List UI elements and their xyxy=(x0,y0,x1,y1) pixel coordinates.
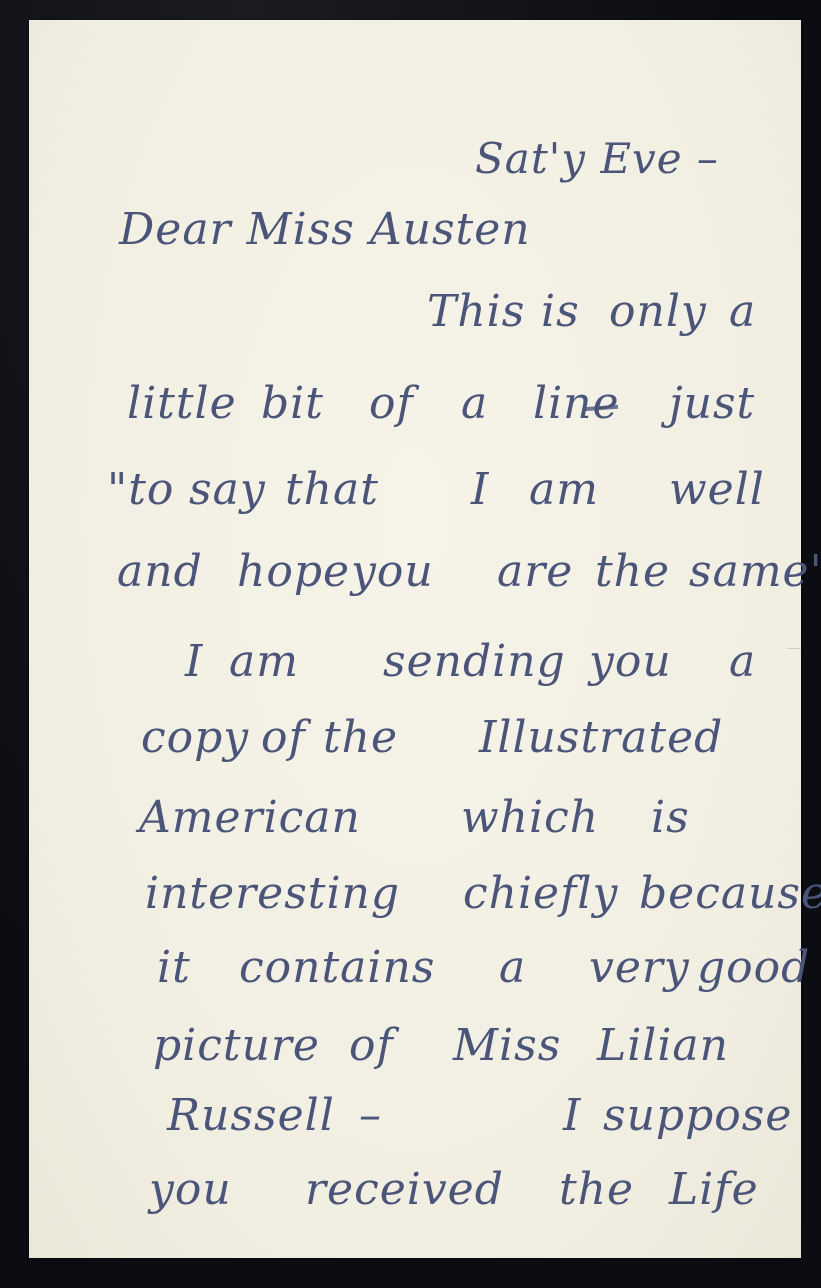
salutation-text: Dear Miss Austen xyxy=(119,204,531,255)
date-line: Sat'y Eve – xyxy=(475,138,719,180)
word: sending xyxy=(383,640,566,684)
body-line-7: American which is xyxy=(29,796,801,856)
word: because xyxy=(639,872,821,916)
word: well xyxy=(669,468,765,512)
word: the xyxy=(323,716,398,760)
word: bit xyxy=(261,382,324,426)
word: good xyxy=(697,946,810,990)
word: is xyxy=(541,290,580,334)
word: – xyxy=(359,1094,382,1138)
body-line-12: you received the Life xyxy=(29,1168,801,1228)
word: am xyxy=(229,640,299,684)
word: it xyxy=(157,946,191,990)
word: chiefly xyxy=(463,872,618,916)
word: interesting xyxy=(145,872,400,916)
word: of xyxy=(369,382,414,426)
word: you xyxy=(351,550,434,594)
body-line-4: and hope you are the same" xyxy=(29,550,801,610)
word: the xyxy=(559,1168,634,1212)
word: Illustrated xyxy=(479,716,723,760)
word: the xyxy=(595,550,670,594)
body-line-11: Russell – I suppose xyxy=(29,1094,801,1154)
word: am xyxy=(529,468,599,512)
letter-page: Sat'y Eve – Dear Miss Austen This is onl… xyxy=(29,20,801,1258)
word: Russell xyxy=(167,1094,335,1138)
body-line-9: it contains a very good xyxy=(29,946,801,1006)
word: I xyxy=(185,640,203,684)
word: Miss xyxy=(453,1024,561,1068)
word-line-corrected: line xyxy=(533,382,620,426)
body-line-10: picture of Miss Lilian xyxy=(29,1024,801,1084)
word: is xyxy=(651,796,690,840)
word: are xyxy=(497,550,573,594)
word: American xyxy=(139,796,361,840)
word: picture xyxy=(153,1024,320,1068)
word: a xyxy=(729,290,756,334)
word: received xyxy=(305,1168,504,1212)
body-line-2: little bit of a line just xyxy=(29,382,801,442)
word: a xyxy=(461,382,488,426)
word: little xyxy=(127,382,237,426)
word: just xyxy=(669,382,755,426)
word: a xyxy=(499,946,526,990)
word: suppose xyxy=(603,1094,792,1138)
salutation: Dear Miss Austen xyxy=(119,208,531,252)
word: very xyxy=(589,946,690,990)
word: which xyxy=(461,796,599,840)
word: that xyxy=(285,468,379,512)
body-line-1: This is only a xyxy=(29,290,801,350)
word: contains xyxy=(239,946,435,990)
word: I xyxy=(563,1094,581,1138)
word: This xyxy=(427,290,525,334)
word: copy xyxy=(141,716,249,760)
date-text: Sat'y Eve – xyxy=(475,134,719,183)
word: you xyxy=(589,640,672,684)
word: a xyxy=(729,640,756,684)
word: hope xyxy=(237,550,350,594)
word: and xyxy=(117,550,203,594)
word: same" xyxy=(689,550,821,594)
body-line-8: interesting chiefly because xyxy=(29,872,801,932)
body-line-3: "to say that I am well xyxy=(29,468,801,528)
body-line-5: I am sending you a xyxy=(29,640,801,700)
word: only xyxy=(609,290,707,334)
body-line-6: copy of the Illustrated xyxy=(29,716,801,776)
word: say xyxy=(189,468,266,512)
word: I xyxy=(471,468,489,512)
word: of xyxy=(261,716,306,760)
word: "to xyxy=(107,468,174,512)
word: Lilian xyxy=(597,1024,729,1068)
word: Life xyxy=(669,1168,759,1212)
word: of xyxy=(349,1024,394,1068)
word: you xyxy=(149,1168,232,1212)
